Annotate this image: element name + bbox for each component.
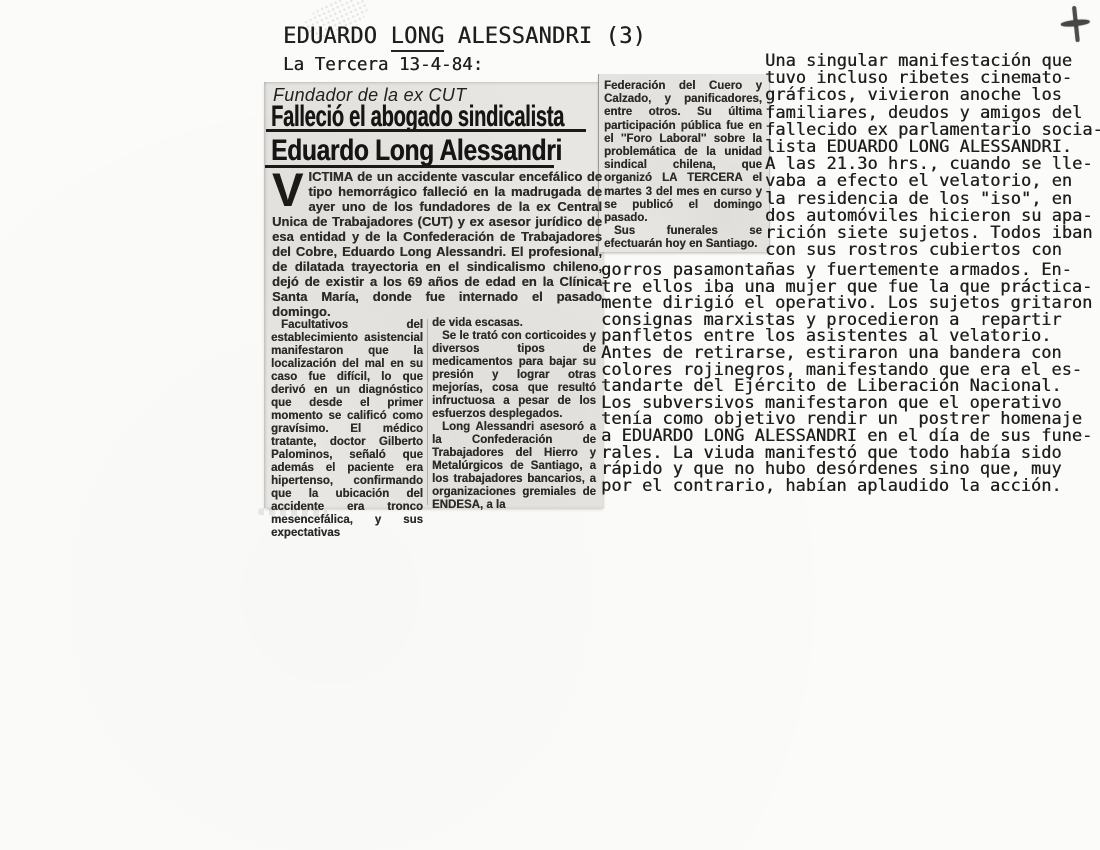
drop-cap: V [272,169,308,210]
column-middle-paragraph: Long Alessandri asesoró a la Confederaci… [432,421,596,512]
lead-paragraph-text: ICTIMA de un accidente vascular encefáli… [272,169,602,319]
clipping-column-middle: de vida escasas. Se le trató con cortico… [432,317,596,512]
headline-underline-1 [266,129,586,132]
headline-line-2: Eduardo Long Alessandri [271,135,626,166]
clipping-column-right: Federación del Cuero y Calzado, y panifi… [604,80,762,252]
document-title-underlined-word: LONG [391,24,445,52]
scanned-press-clipping-page: EDUARDO LONG ALESSANDRI (3) La Tercera 1… [0,0,1100,850]
document-title: EDUARDO LONG ALESSANDRI (3) [283,24,646,50]
column-left-paragraph: Facultativos del establecimiento asisten… [271,319,423,540]
column-middle-paragraph: de vida escasas. [432,317,596,330]
column-right-paragraph: Sus funerales se efectuarán hoy en Santi… [604,225,762,251]
typed-note-narrow-block: Una singular manifestación que tuvo incl… [765,53,1100,259]
clipping-column-left: Facultativos del establecimiento asisten… [271,319,423,540]
document-title-suffix: ALESSANDRI (3) [444,24,646,49]
column-divider-rule [427,319,428,505]
document-title-prefix: EDUARDO [283,24,391,49]
column-right-paragraph: Federación del Cuero y Calzado, y panifi… [604,80,762,225]
registration-plus-mark [1056,2,1096,48]
lead-paragraph: VICTIMA de un accidente vascular encefál… [272,169,602,319]
scan-smudge-bottom [258,508,328,517]
typed-note-wide-block: gorros pasamontañas y fuertemente armado… [601,262,1092,494]
source-citation: La Tercera 13-4-84: [283,54,483,76]
column-middle-paragraph: Se le trató con corticoides y diversos t… [432,330,596,421]
headline-underline-2 [265,165,554,168]
